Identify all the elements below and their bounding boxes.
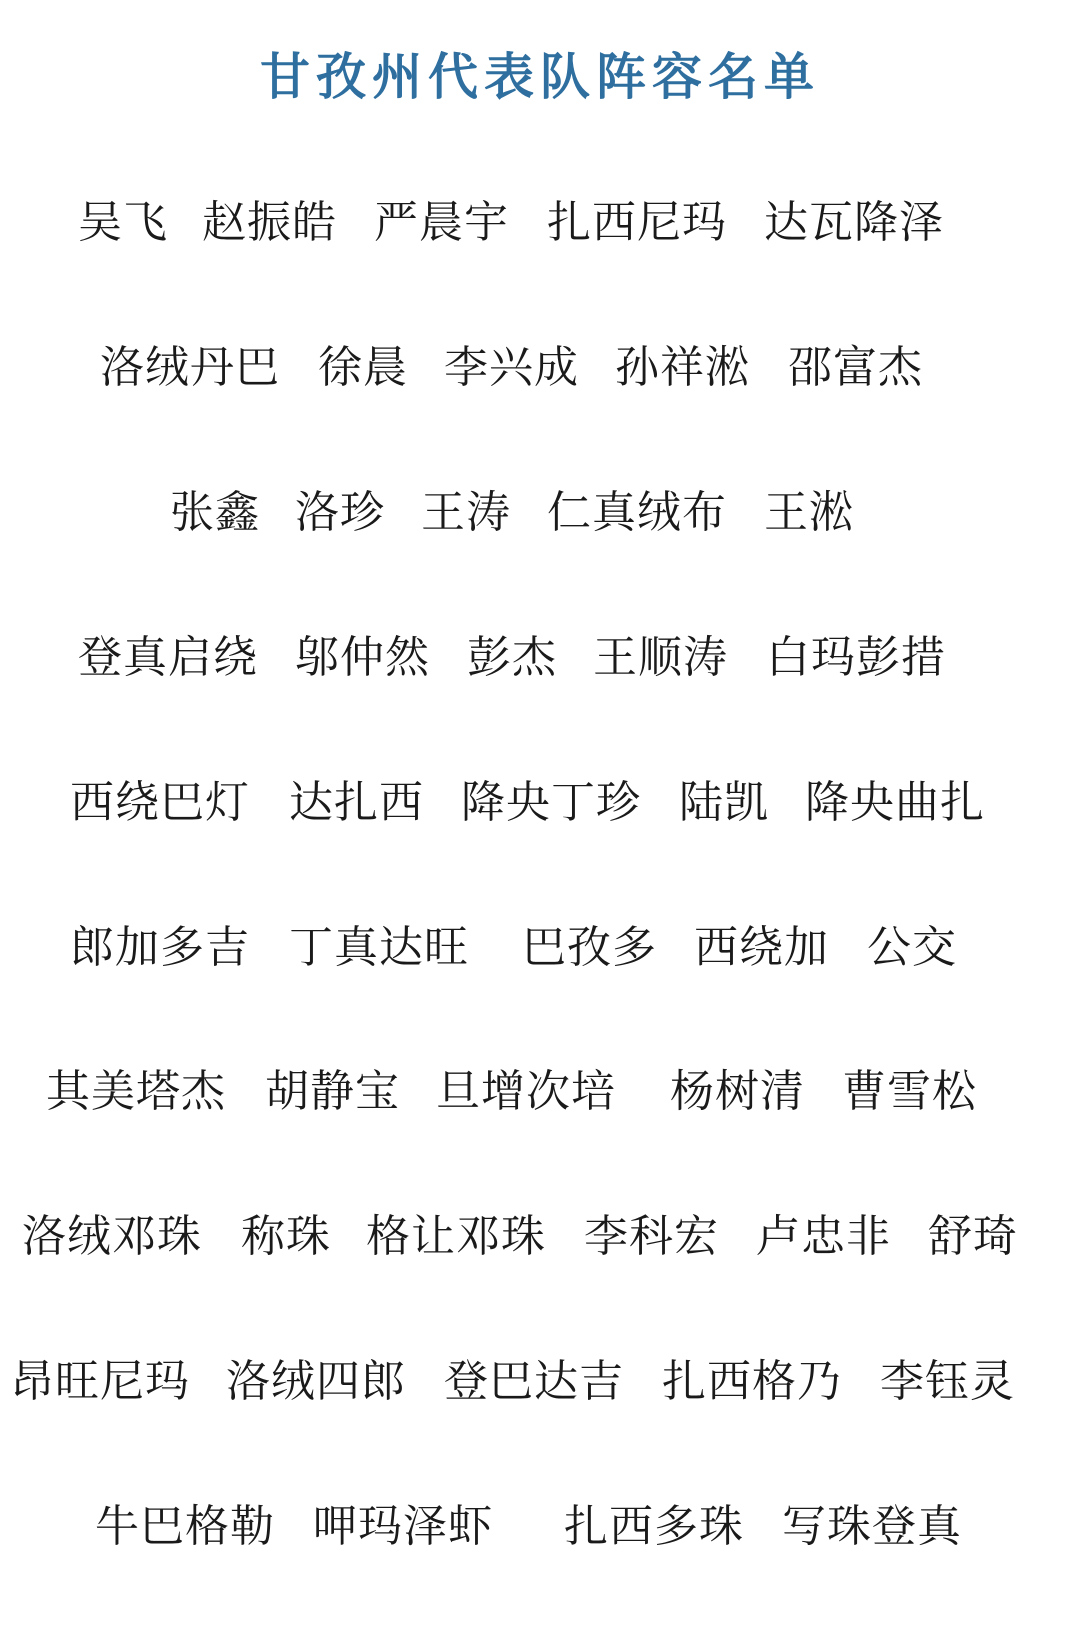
player-name: 扎西格乃 [662,1352,842,1412]
roster-row: 洛绒邓珠称珠格让邓珠李科宏卢忠非舒琦 [0,1207,1080,1267]
player-name: 邬仲然 [295,628,430,688]
player-name: 登真启绕 [78,628,258,688]
player-name: 王淞 [764,483,854,543]
roster-row: 牛巴格勒呷玛泽虾扎西多珠写珠登真 [0,1497,1080,1557]
player-name: 洛绒丹巴 [100,338,280,398]
player-name: 孙祥淞 [615,338,750,398]
player-name: 旦增次培 [436,1062,616,1122]
player-name: 格让邓珠 [366,1207,546,1267]
roster-row: 登真启绕邬仲然彭杰王顺涛白玛彭措 [0,628,1080,688]
player-name: 扎西尼玛 [547,193,727,253]
player-name: 王涛 [421,483,511,543]
player-name: 登巴达吉 [444,1352,624,1412]
roster-row: 昂旺尼玛洛绒四郎登巴达吉扎西格乃李钰灵 [0,1352,1080,1412]
roster-row: 其美塔杰胡静宝旦增次培杨树清曹雪松 [0,1062,1080,1122]
roster-row: 洛绒丹巴徐晨李兴成孙祥淞邵富杰 [0,338,1080,398]
player-name: 徐晨 [318,338,408,398]
player-name: 达瓦降泽 [764,193,944,253]
player-name: 王顺涛 [593,628,728,688]
roster-row: 吴飞赵振皓严晨宇扎西尼玛达瓦降泽 [0,193,1080,253]
player-name: 牛巴格勒 [95,1497,275,1557]
player-name: 称珠 [241,1207,331,1267]
player-name: 杨树清 [670,1062,805,1122]
player-name: 赵振皓 [202,193,337,253]
player-name: 降央曲扎 [805,773,985,833]
roster-row: 张鑫洛珍王涛仁真绒布王淞 [0,483,1080,543]
player-name: 其美塔杰 [46,1062,226,1122]
player-name: 卢忠非 [756,1207,891,1267]
player-name: 严晨宇 [374,193,509,253]
player-name: 张鑫 [170,483,260,543]
player-name: 李科宏 [584,1207,719,1267]
player-name: 李钰灵 [880,1352,1015,1412]
player-name: 郎加多吉 [70,918,250,978]
roster-row: 郎加多吉丁真达旺巴孜多西绕加公交 [0,918,1080,978]
player-name: 曹雪松 [842,1062,977,1122]
player-name: 西绕巴灯 [70,773,250,833]
page-title: 甘孜州代表队阵容名单 [0,42,1080,112]
player-name: 丁真达旺 [289,918,469,978]
player-name: 李兴成 [444,338,579,398]
roster-row: 西绕巴灯达扎西降央丁珍陆凯降央曲扎 [0,773,1080,833]
player-name: 吴飞 [78,193,168,253]
player-name: 巴孜多 [522,918,657,978]
player-name: 写珠登真 [782,1497,962,1557]
player-name: 昂旺尼玛 [10,1352,190,1412]
player-name: 舒琦 [928,1207,1018,1267]
player-name: 达扎西 [289,773,424,833]
player-name: 扎西多珠 [564,1497,744,1557]
player-name: 西绕加 [694,918,829,978]
player-name: 胡静宝 [265,1062,400,1122]
player-name: 白玛彭措 [766,628,946,688]
player-name: 洛珍 [295,483,385,543]
player-name: 洛绒邓珠 [22,1207,202,1267]
player-name: 洛绒四郎 [226,1352,406,1412]
player-name: 呷玛泽虾 [313,1497,493,1557]
player-name: 陆凯 [679,773,769,833]
player-name: 邵富杰 [788,338,923,398]
player-name: 降央丁珍 [461,773,641,833]
player-name: 彭杰 [467,628,557,688]
player-name: 公交 [867,918,957,978]
player-name: 仁真绒布 [547,483,727,543]
